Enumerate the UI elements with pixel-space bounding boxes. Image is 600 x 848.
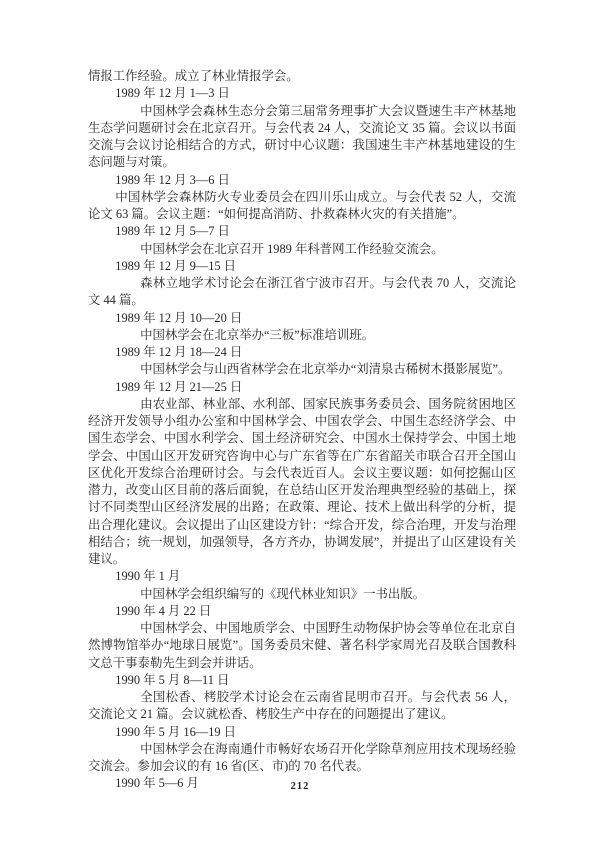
date-heading: 1990 年 5 月 8—11 日 [88, 672, 516, 689]
date-heading: 1989 年 12 月 1—3 日 [88, 85, 516, 102]
date-heading: 1990 年 5 月 16—19 日 [88, 724, 516, 741]
event-paragraph: 中国林学会森林防火专业委员会在四川乐山成立。与会代表 52 人，交流论文 63 … [88, 189, 516, 224]
paragraph-continuation: 情报工作经验。成立了林业情报学会。 [88, 68, 516, 85]
event-paragraph: 森林立地学术讨论会在浙江省宁波市召开。与会代表 70 人，交流论文 44 篇。 [88, 275, 516, 310]
event-paragraph: 中国林学会在北京举办“三板”标准培训班。 [88, 327, 516, 344]
date-heading: 1989 年 12 月 10—20 日 [88, 310, 516, 327]
date-heading: 1989 年 12 月 21—25 日 [88, 379, 516, 396]
date-heading: 1989 年 12 月 5—7 日 [88, 223, 516, 240]
date-heading: 1990 年 4 月 22 日 [88, 603, 516, 620]
date-heading: 1989 年 12 月 3—6 日 [88, 172, 516, 189]
event-paragraph: 中国林学会森林生态分会第三届常务理事扩大会议暨速生丰产林基地生态学问题研讨会在北… [88, 103, 516, 172]
date-heading: 1989 年 12 月 9—15 日 [88, 258, 516, 275]
event-paragraph: 由农业部、林业部、水利部、国家民族事务委员会、国务院贫困地区经济开发领导小组办公… [88, 396, 516, 569]
page-number: 212 [0, 781, 600, 792]
event-paragraph: 中国林学会组织编写的《现代林业知识》一书出版。 [88, 586, 516, 603]
event-paragraph: 中国林学会在海南通什市畅好农场召开化学除草剂应用技术现场经验交流会。参加会议的有… [88, 741, 516, 776]
date-heading: 1989 年 12 月 18—24 日 [88, 344, 516, 361]
event-paragraph: 全国松香、栲胶学术讨论会在云南省昆明市召开。与会代表 56 人，交流论文 21 … [88, 689, 516, 724]
event-paragraph: 中国林学会在北京召开 1989 年科普网工作经验交流会。 [88, 241, 516, 258]
document-page: 情报工作经验。成立了林业情报学会。1989 年 12 月 1—3 日中国林学会森… [0, 0, 600, 848]
event-paragraph: 中国林学会与山西省林学会在北京举办“刘清泉古稀树木摄影展览”。 [88, 361, 516, 378]
event-paragraph: 中国林学会、中国地质学会、中国野生动物保护协会等单位在北京自然博物馆举办“地球日… [88, 620, 516, 672]
page-body: 情报工作经验。成立了林业情报学会。1989 年 12 月 1—3 日中国林学会森… [88, 68, 516, 793]
date-heading: 1990 年 1 月 [88, 568, 516, 585]
